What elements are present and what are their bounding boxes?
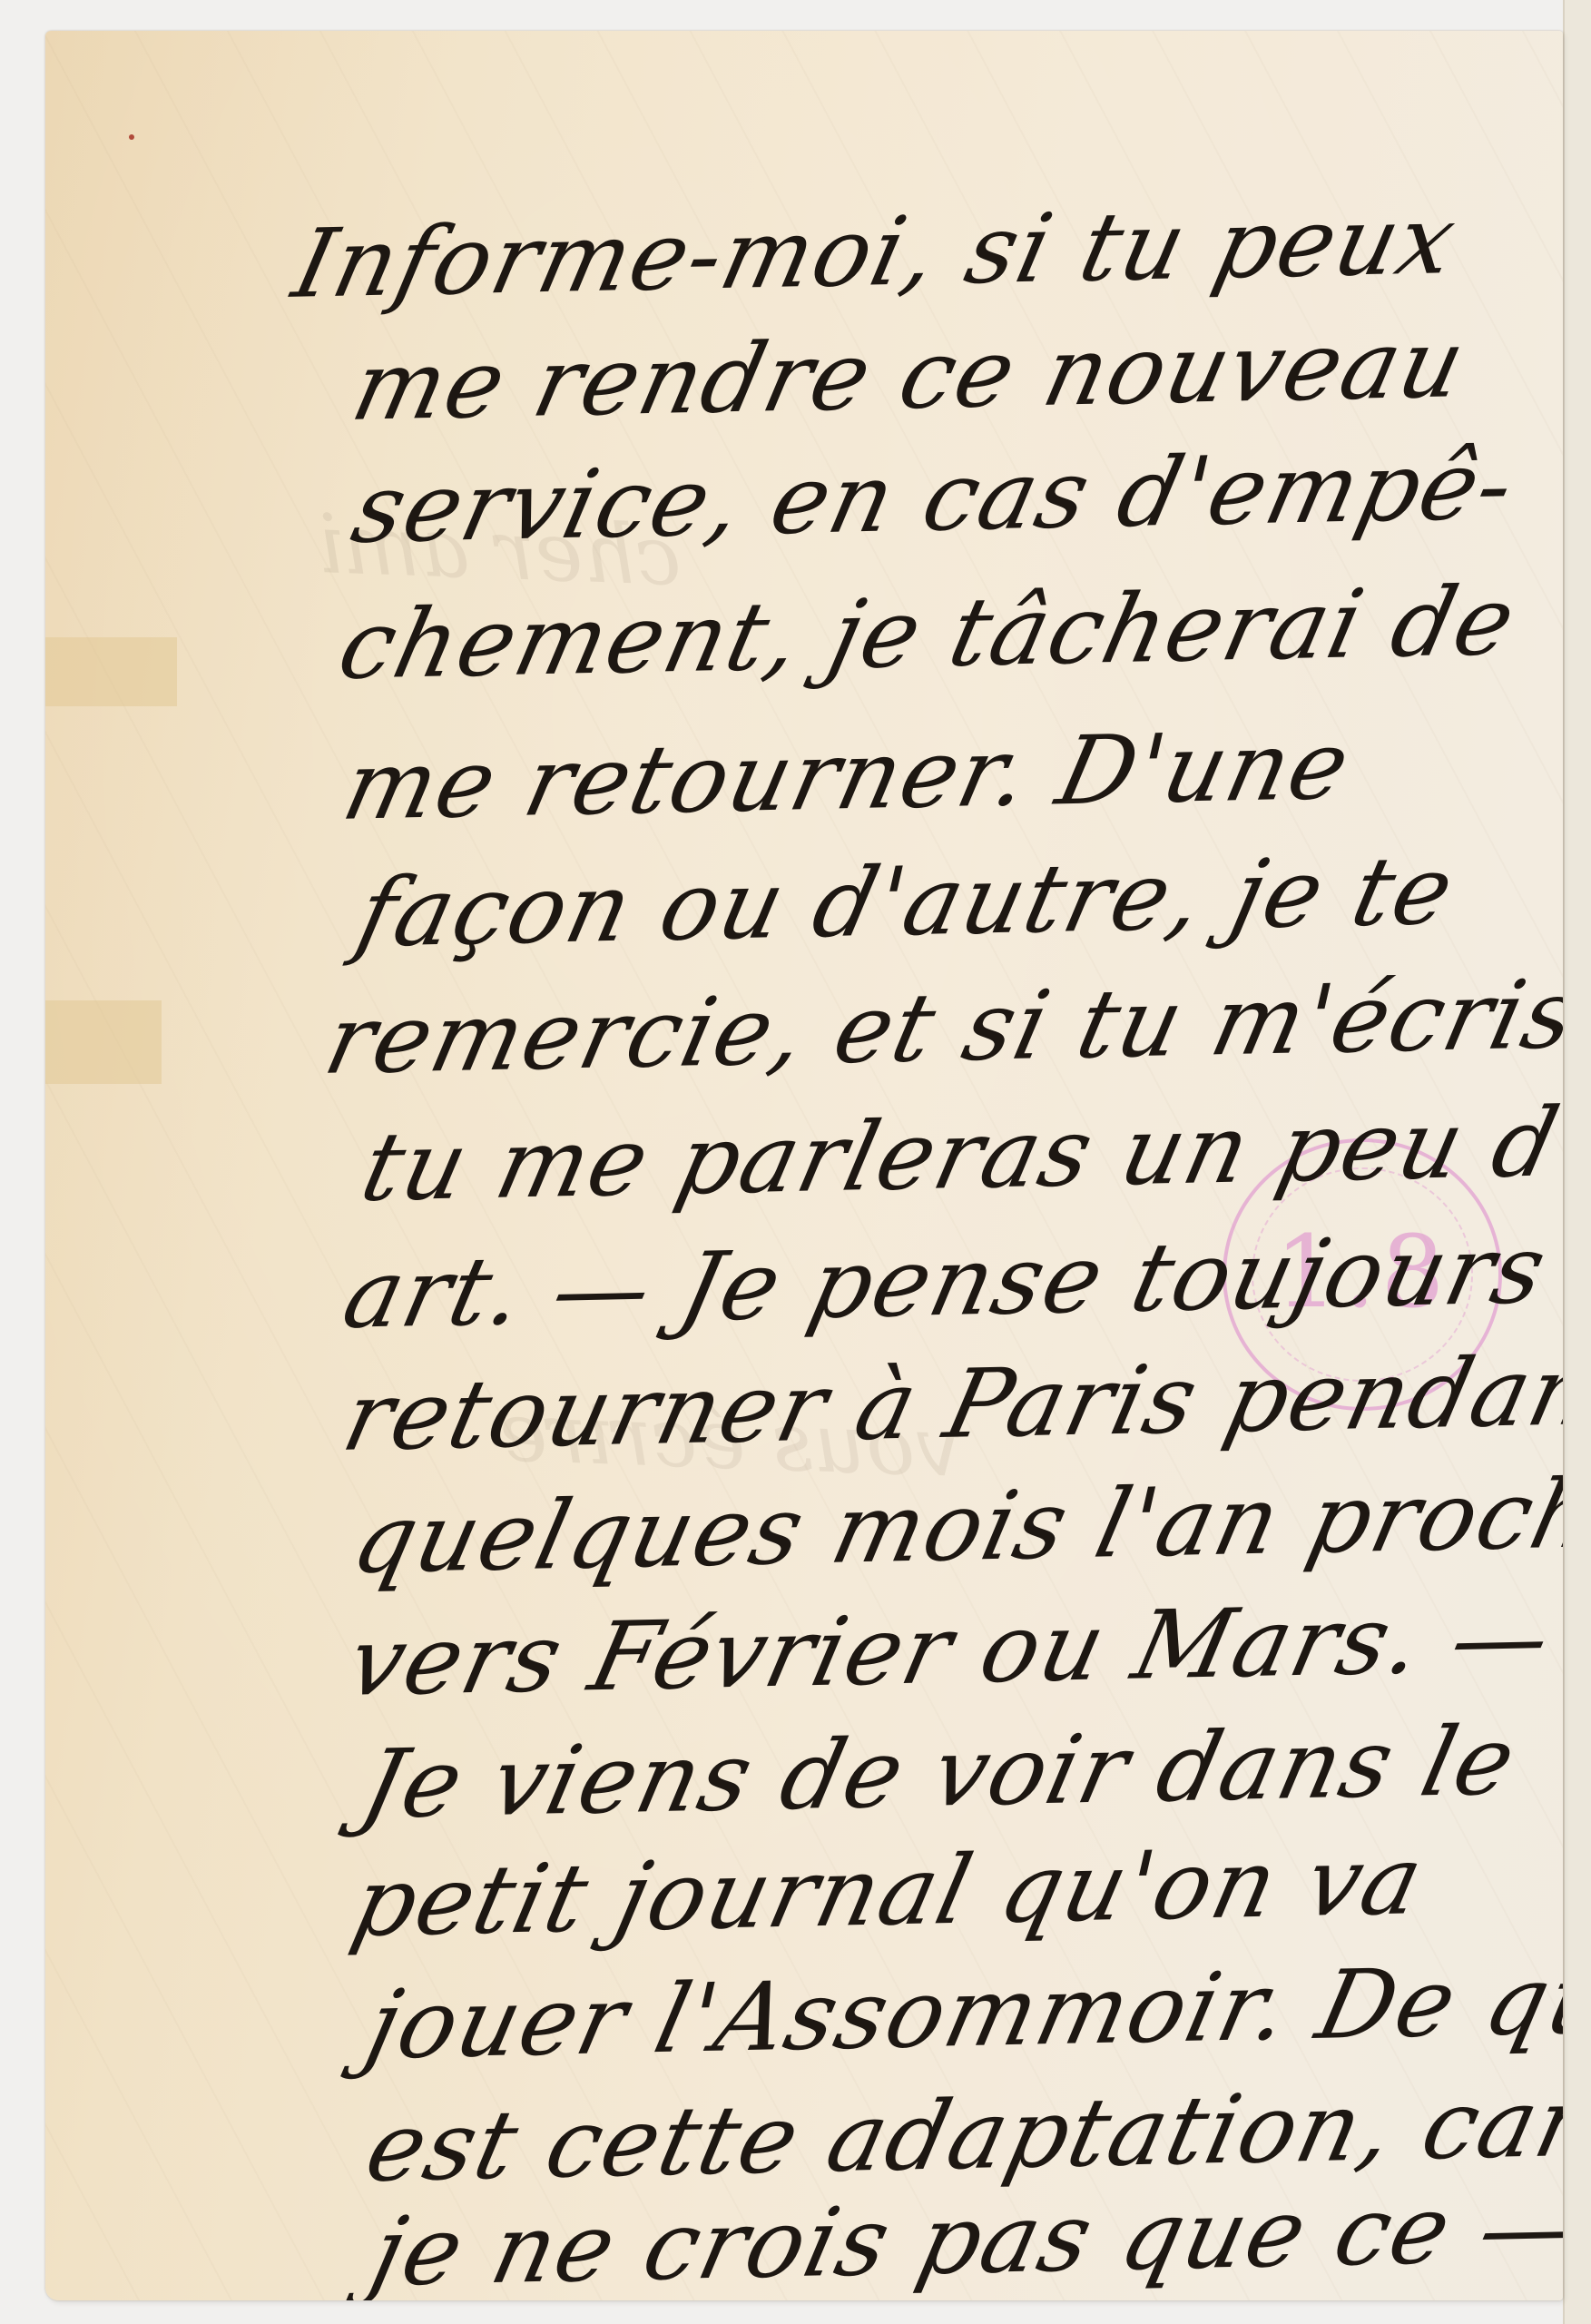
letter-sheet: cher ami vous écrire 1.8 Informe-moi, si…: [45, 31, 1563, 2300]
scanner-backdrop-strip: [1563, 0, 1591, 2324]
letter-line-14: petit journal qu'on va: [345, 1833, 1432, 1950]
letter-line-5: me retourner. D'une: [336, 717, 1360, 833]
letter-line-3: service, en cas d'empê-: [345, 438, 1524, 556]
letter-line-13: Je viens de voir dans le: [354, 1713, 1525, 1832]
letter-line-7: remercie, et si tu m'écris,: [318, 966, 1563, 1088]
letter-line-11: quelques mois l'an prochain: [345, 1462, 1563, 1587]
letter-line-15: jouer l'Assommoir. De qui: [358, 1951, 1563, 2073]
letter-line-12: vers Février ou Mars. —: [340, 1590, 1560, 1709]
letter-line-1: Informe-moi, si tu peux: [286, 192, 1466, 311]
letter-line-10: retourner à Paris pendant: [336, 1343, 1563, 1464]
letter-body: Informe-moi, si tu peux me rendre ce nou…: [45, 31, 1563, 2300]
letter-line-17: je ne crois pas que ce —: [363, 2180, 1563, 2299]
letter-line-2: me rendre ce nouveau: [345, 316, 1475, 434]
letter-line-4: chement, je tâcherai de: [331, 573, 1525, 693]
letter-line-8: tu me parleras un peu d': [354, 1094, 1563, 1215]
letter-line-9: art. — Je pense toujours: [336, 1222, 1556, 1342]
letter-line-6: façon ou d'autre, je te: [349, 842, 1463, 960]
